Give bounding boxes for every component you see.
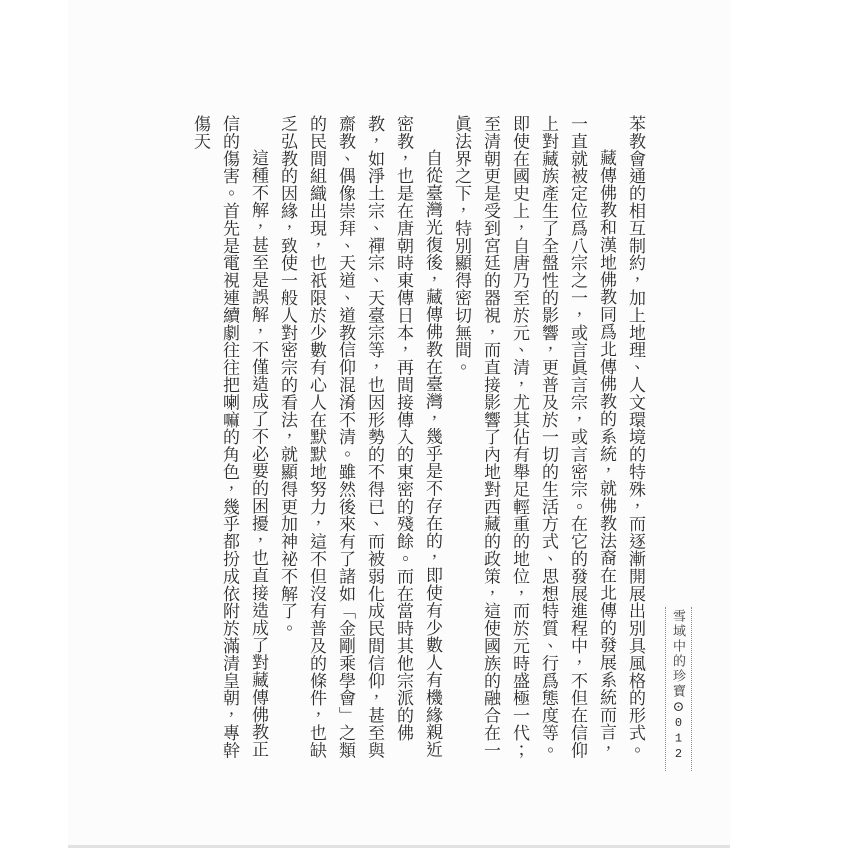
body-text: 苯教會通的相互制約，加上地理、人文環境的特殊，而逐漸開展出別具風格的形式。 藏傳… bbox=[186, 115, 650, 763]
paragraph-continuation: 苯教會通的相互制約，加上地理、人文環境的特殊，而逐漸開展出別具風格的形式。 bbox=[621, 115, 650, 763]
running-footer: 雪域中的珍寶⊙012 bbox=[665, 607, 692, 771]
circled-dot-icon: ⊙ bbox=[670, 699, 686, 716]
book-page-scan: 苯教會通的相互制約，加上地理、人文環境的特殊，而逐漸開展出別具風格的形式。 藏傳… bbox=[0, 0, 850, 850]
page-number: 012 bbox=[672, 716, 686, 763]
paragraph: 這種不解，甚至是誤解，不僅造成了不必要的困擾，也直接造成了對藏傳佛教正信的傷害。… bbox=[186, 115, 273, 763]
paragraph: 藏傳佛教和漢地佛教同爲北傳佛教的系統，就佛教法裔在北傳的發展系統而言，一直就被定… bbox=[447, 115, 621, 763]
paragraph: 自從臺灣光復後，藏傳佛教在臺灣，幾乎是不存在的，即使有少數人有機緣親近密教，也是… bbox=[273, 115, 447, 763]
book-title: 雪域中的珍寶 bbox=[669, 609, 688, 699]
